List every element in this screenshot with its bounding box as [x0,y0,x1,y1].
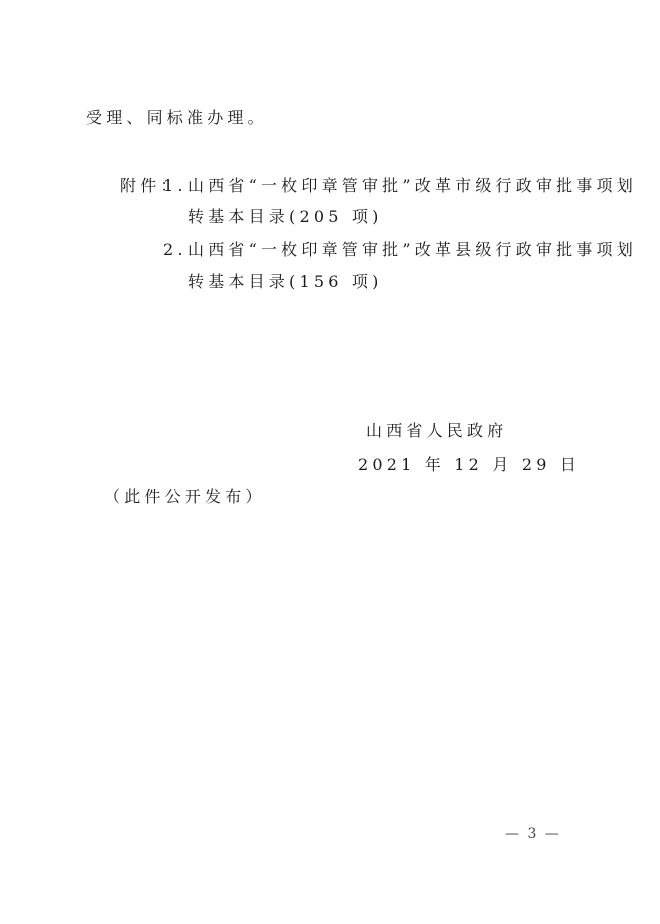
issue-date: 2021 年 12 月 29 日 [358,455,580,475]
attachment-2-number: 2. [163,240,187,260]
publication-note: （此件公开发布） [104,487,266,507]
issuer-name: 山西省人民政府 [366,421,507,441]
attachment-1-title-line2: 转基本目录(205 项) [188,207,383,227]
continuation-text: 受理、同标准办理。 [86,108,268,128]
attachment-2-title-line1: 山西省“一枚印章管审批”改革县级行政审批事项划 [188,240,637,260]
attachment-2-title-line2: 转基本目录(156 项) [188,272,383,292]
page-number: — 3 — [505,826,561,842]
attachment-1-number: 1. [163,176,187,196]
attachment-1-title-line1: 山西省“一枚印章管审批”改革市级行政审批事项划 [188,176,637,196]
